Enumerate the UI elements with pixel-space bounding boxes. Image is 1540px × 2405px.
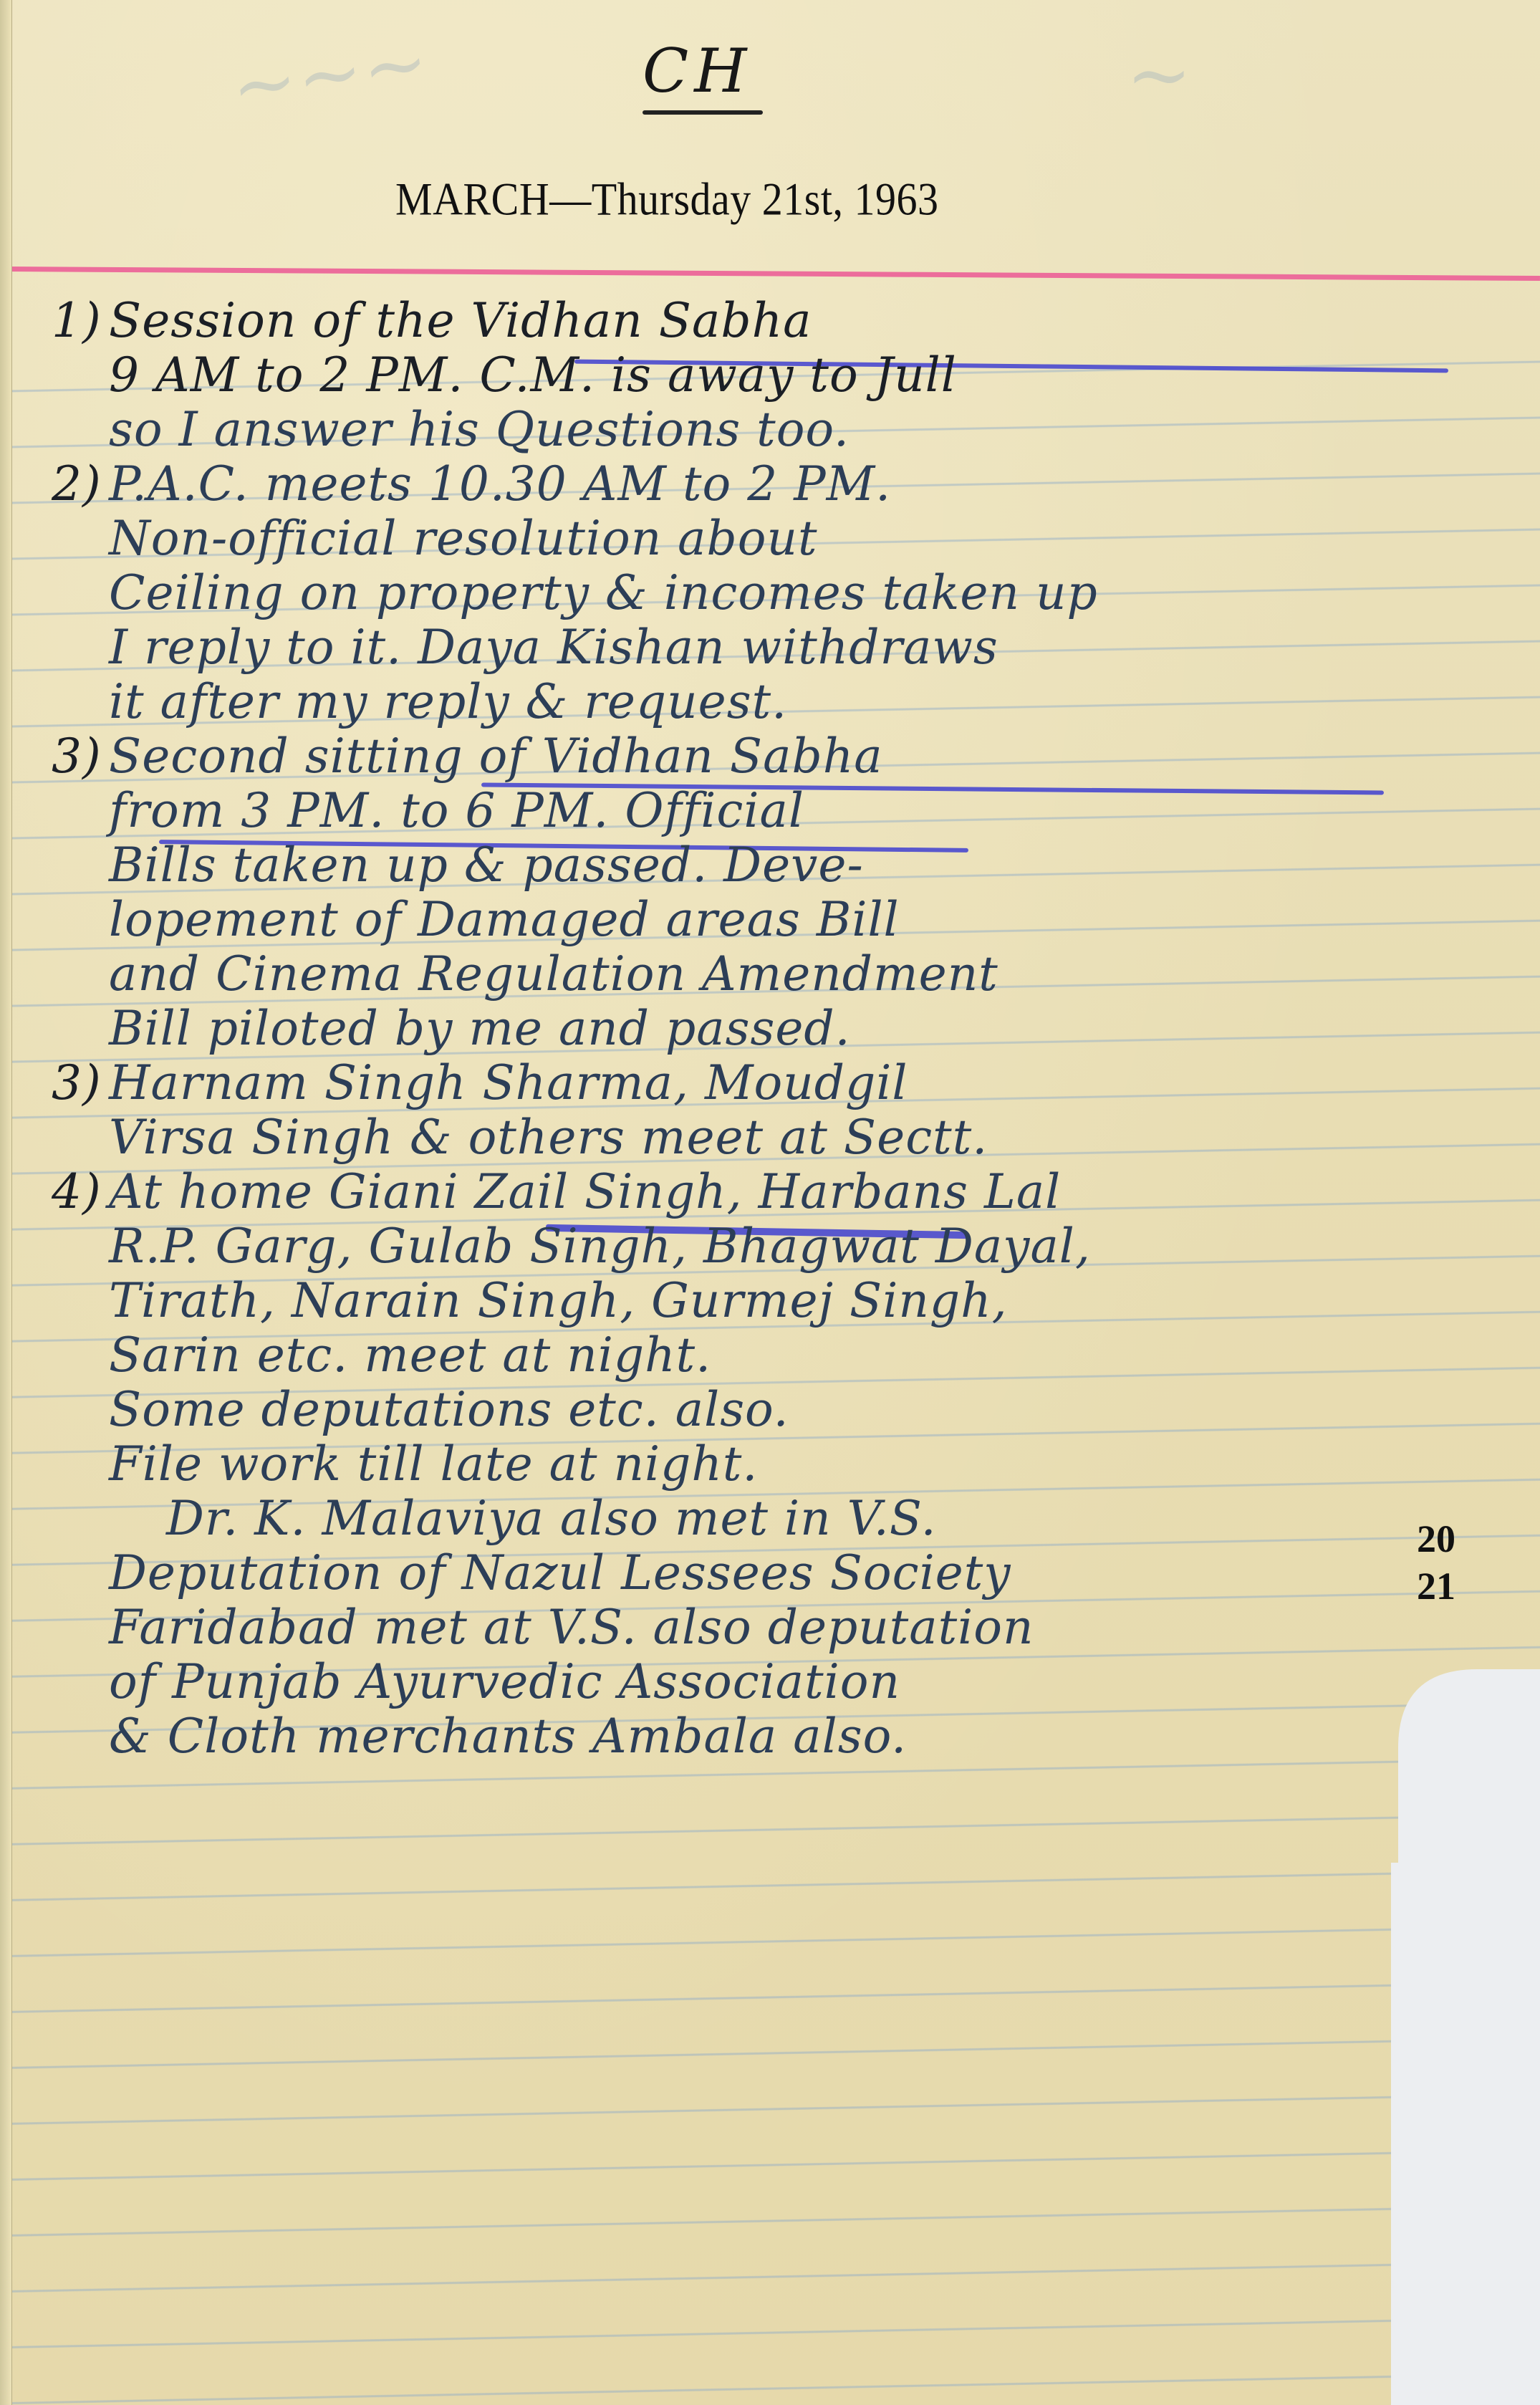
entry-text: so I answer his Questions too. (109, 402, 850, 457)
entry-text: Faridabad met at V.S. also deputation (109, 1600, 1034, 1655)
entry-text: Bill piloted by me and passed. (109, 1001, 851, 1056)
entry-line: Bills taken up & passed. Deve- (66, 838, 1491, 893)
entry-line: 3)Harnam Singh Sharma, Moudgil (66, 1056, 1491, 1110)
entry-line: from 3 PM. to 6 PM. Official (66, 784, 1491, 838)
entry-line: 1)Session of the Vidhan Sabha (66, 294, 1491, 348)
entry-line: Dr. K. Malaviya also met in V.S. (66, 1492, 1491, 1546)
header-rule-line (9, 267, 1540, 281)
entry-line: 3)Second sitting of Vidhan Sabha (66, 729, 1491, 784)
entry-line: Faridabad met at V.S. also deputation (66, 1600, 1491, 1655)
diary-entries: 1)Session of the Vidhan Sabha 9 AM to 2 … (66, 294, 1491, 1764)
entry-text: Non-official resolution about (109, 511, 818, 566)
binding-edge (0, 0, 12, 2405)
date-heading: MARCH—Thursday 21st, 1963 (395, 172, 938, 226)
entry-number: 2) (52, 457, 109, 512)
entry-text: Session of the Vidhan Sabha (109, 293, 812, 348)
page-numbers: 20 21 (1417, 1515, 1455, 1610)
entry-text: At home Giani Zail Singh, Harbans Lal (109, 1164, 1061, 1219)
entry-line: & Cloth merchants Ambala also. (66, 1709, 1491, 1764)
entry-number: 4) (52, 1165, 109, 1219)
entry-number: 3) (52, 729, 109, 784)
entry-line: Non-official resolution about (66, 512, 1491, 566)
page-number-left: 20 (1417, 1515, 1455, 1562)
entry-line: of Punjab Ayurvedic Association (66, 1655, 1491, 1709)
entry-line: Ceiling on property & incomes taken up (66, 566, 1491, 620)
page-number-right: 21 (1417, 1562, 1455, 1610)
entry-line: 2)P.A.C. meets 10.30 AM to 2 PM. (66, 457, 1491, 512)
entry-text: Deputation of Nazul Lessees Society (109, 1545, 1011, 1600)
entry-line: it after my reply & request. (66, 675, 1491, 729)
entry-text: lopement of Damaged areas Bill (109, 892, 900, 947)
entry-text: Bills taken up & passed. Deve- (109, 837, 864, 893)
entry-line: I reply to it. Daya Kishan withdraws (66, 620, 1491, 675)
entry-line: and Cinema Regulation Amendment (66, 947, 1491, 1002)
entry-line: lopement of Damaged areas Bill (66, 893, 1491, 947)
entry-line: Some deputations etc. also. (66, 1383, 1491, 1437)
entry-text: Tirath, Narain Singh, Gurmej Singh, (109, 1273, 1008, 1328)
entry-line: 4)At home Giani Zail Singh, Harbans Lal (66, 1165, 1491, 1219)
header-initials: CH (643, 36, 753, 106)
entry-text: 9 AM to 2 PM. C.M. is away to Jull (109, 347, 957, 403)
entry-text: Harnam Singh Sharma, Moudgil (109, 1055, 908, 1110)
entry-text: from 3 PM. to 6 PM. Official (109, 783, 804, 838)
entry-text: Second sitting of Vidhan Sabha (109, 729, 883, 784)
bleed-through-ink: ~ (1126, 29, 1192, 120)
entry-text: Dr. K. Malaviya also met in V.S. (166, 1491, 937, 1546)
entry-text: it after my reply & request. (109, 674, 787, 729)
entry-line: File work till late at night. (66, 1437, 1491, 1492)
entry-line: Sarin etc. meet at night. (66, 1328, 1491, 1383)
entry-text: File work till late at night. (109, 1436, 758, 1492)
entry-text: Some deputations etc. also. (109, 1382, 789, 1437)
entry-line: R.P. Garg, Gulab Singh, Bhagwat Dayal, (66, 1219, 1491, 1274)
entry-line: Tirath, Narain Singh, Gurmej Singh, (66, 1274, 1491, 1328)
entry-text: P.A.C. meets 10.30 AM to 2 PM. (109, 456, 891, 512)
entry-line: 9 AM to 2 PM. C.M. is away to Jull (66, 348, 1491, 403)
entry-text: Ceiling on property & incomes taken up (109, 565, 1098, 620)
entry-text: & Cloth merchants Ambala also. (109, 1709, 907, 1764)
bleed-through-ink: ~~~ (225, 15, 434, 133)
entry-line: Virsa Singh & others meet at Sectt. (66, 1110, 1491, 1165)
entry-text: and Cinema Regulation Amendment (109, 946, 998, 1002)
entry-line: so I answer his Questions too. (66, 403, 1491, 457)
entry-number: 3) (52, 1056, 109, 1110)
entry-text: Sarin etc. meet at night. (109, 1328, 711, 1383)
diary-page: ~~~ ~ CH MARCH—Thursday 21st, 1963 1)Ses… (9, 0, 1540, 2405)
entry-line: Deputation of Nazul Lessees Society (66, 1546, 1491, 1600)
entry-number: 1) (52, 294, 109, 348)
entry-text: I reply to it. Daya Kishan withdraws (109, 620, 998, 675)
entry-line: Bill piloted by me and passed. (66, 1002, 1491, 1056)
entry-text: of Punjab Ayurvedic Association (109, 1654, 900, 1709)
entry-text: Virsa Singh & others meet at Sectt. (109, 1110, 988, 1165)
entry-text: R.P. Garg, Gulab Singh, Bhagwat Dayal, (109, 1219, 1091, 1274)
